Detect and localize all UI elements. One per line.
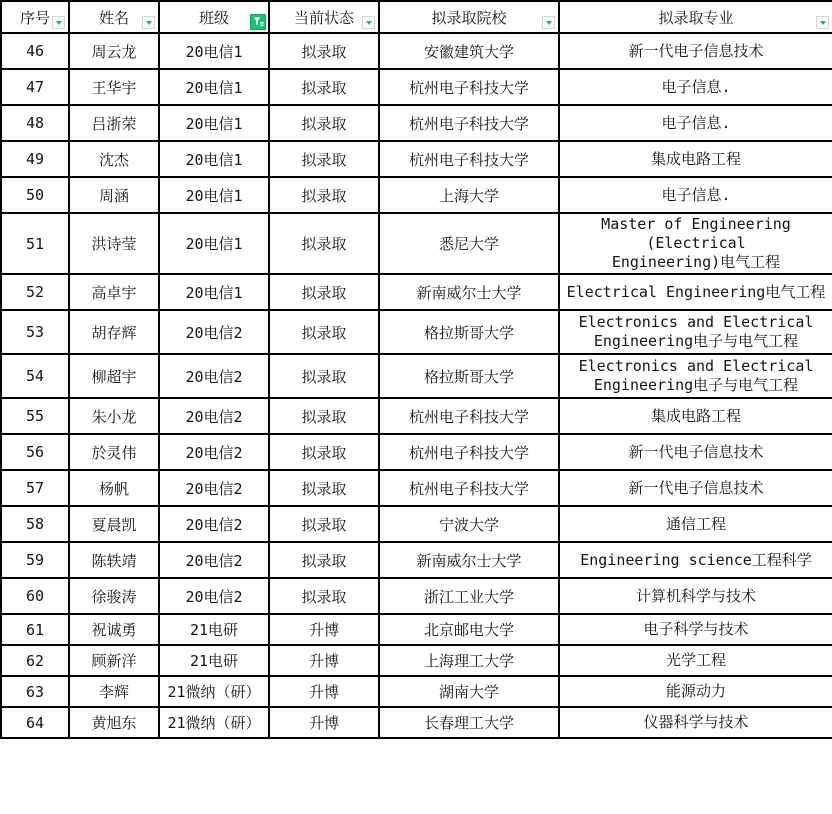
cell-school[interactable]: 新南威尔士大学 <box>379 542 559 578</box>
cell-major[interactable]: Master of Engineering (Electrical Engine… <box>559 213 832 274</box>
table-row: 53胡存辉20电信2拟录取格拉斯哥大学Electronics and Elect… <box>1 310 832 354</box>
filter-dropdown-icon[interactable] <box>142 16 155 29</box>
cell-school[interactable]: 杭州电子科技大学 <box>379 470 559 506</box>
cell-class[interactable]: 20电信2 <box>159 578 269 614</box>
cell-no[interactable]: 63 <box>1 676 69 707</box>
arrow-down-icon <box>820 21 826 25</box>
table-row: 49沈杰20电信1拟录取杭州电子科技大学集成电路工程 <box>1 141 832 177</box>
cell-major[interactable]: Electrical Engineering电气工程 <box>559 274 832 310</box>
column-header-no[interactable]: 序号 <box>1 1 69 33</box>
cell-name[interactable]: 夏晨凯 <box>69 506 159 542</box>
cell-status[interactable]: 拟录取 <box>269 398 379 434</box>
cell-class[interactable]: 20电信1 <box>159 141 269 177</box>
cell-status[interactable]: 拟录取 <box>269 33 379 69</box>
cell-no[interactable]: 47 <box>1 69 69 105</box>
cell-status[interactable]: 拟录取 <box>269 578 379 614</box>
arrow-down-icon <box>146 21 152 25</box>
cell-school[interactable]: 格拉斯哥大学 <box>379 354 559 398</box>
cell-class[interactable]: 20电信2 <box>159 434 269 470</box>
funnel-equals-icon <box>251 15 265 29</box>
cell-major[interactable]: 新一代电子信息技术 <box>559 33 832 69</box>
cell-status[interactable]: 拟录取 <box>269 69 379 105</box>
cell-school[interactable]: 湖南大学 <box>379 676 559 707</box>
cell-class[interactable]: 20电信2 <box>159 354 269 398</box>
column-header-name[interactable]: 姓名 <box>69 1 159 33</box>
column-label: 班级 <box>199 7 229 28</box>
table-row: 58夏晨凯20电信2拟录取宁波大学通信工程 <box>1 506 832 542</box>
cell-school[interactable]: 杭州电子科技大学 <box>379 105 559 141</box>
cell-name[interactable]: 李辉 <box>69 676 159 707</box>
table-row: 64黄旭东21微纳（研）升博长春理工大学仪器科学与技术 <box>1 707 832 738</box>
cell-name[interactable]: 祝诚勇 <box>69 614 159 645</box>
cell-status[interactable]: 拟录取 <box>269 354 379 398</box>
arrow-down-icon <box>366 21 372 25</box>
cell-major[interactable]: Electronics and Electrical Engineering电子… <box>559 310 832 354</box>
cell-school[interactable]: 杭州电子科技大学 <box>379 398 559 434</box>
table-row: 63李辉21微纳（研）升博湖南大学能源动力 <box>1 676 832 707</box>
cell-name[interactable]: 沈杰 <box>69 141 159 177</box>
cell-school[interactable]: 杭州电子科技大学 <box>379 69 559 105</box>
table-row: 56於灵伟20电信2拟录取杭州电子科技大学新一代电子信息技术 <box>1 434 832 470</box>
cell-name[interactable]: 王华宇 <box>69 69 159 105</box>
cell-name[interactable]: 杨帆 <box>69 470 159 506</box>
filter-dropdown-icon[interactable] <box>362 16 375 29</box>
cell-status[interactable]: 拟录取 <box>269 434 379 470</box>
cell-no[interactable]: 51 <box>1 213 69 274</box>
column-header-major[interactable]: 拟录取专业 <box>559 1 832 33</box>
cell-name[interactable]: 洪诗莹 <box>69 213 159 274</box>
cell-major[interactable]: 集成电路工程 <box>559 141 832 177</box>
cell-school[interactable]: 宁波大学 <box>379 506 559 542</box>
cell-class[interactable]: 20电信1 <box>159 69 269 105</box>
cell-major[interactable]: 电子信息. <box>559 177 832 213</box>
cell-name[interactable]: 陈轶靖 <box>69 542 159 578</box>
cell-major[interactable]: 仪器科学与技术 <box>559 707 832 738</box>
cell-no[interactable]: 61 <box>1 614 69 645</box>
table-row: 47王华宇20电信1拟录取杭州电子科技大学电子信息. <box>1 69 832 105</box>
cell-no[interactable]: 55 <box>1 398 69 434</box>
admissions-table: 序号姓名班级当前状态拟录取院校拟录取专业 46周云龙20电信1拟录取安徽建筑大学… <box>0 0 832 739</box>
cell-no[interactable]: 56 <box>1 434 69 470</box>
table-row: 50周涵20电信1拟录取上海大学电子信息. <box>1 177 832 213</box>
cell-no[interactable]: 52 <box>1 274 69 310</box>
table-row: 62顾新洋21电研升博上海理工大学光学工程 <box>1 645 832 676</box>
cell-major[interactable]: 计算机科学与技术 <box>559 578 832 614</box>
cell-class[interactable]: 20电信2 <box>159 310 269 354</box>
cell-name[interactable]: 黄旭东 <box>69 707 159 738</box>
cell-class[interactable]: 20电信1 <box>159 274 269 310</box>
cell-no[interactable]: 58 <box>1 506 69 542</box>
cell-status[interactable]: 拟录取 <box>269 105 379 141</box>
cell-no[interactable]: 46 <box>1 33 69 69</box>
cell-no[interactable]: 64 <box>1 707 69 738</box>
cell-major[interactable]: 通信工程 <box>559 506 832 542</box>
cell-no[interactable]: 49 <box>1 141 69 177</box>
cell-major[interactable]: 电子信息. <box>559 105 832 141</box>
cell-class[interactable]: 21微纳（研） <box>159 707 269 738</box>
column-label: 拟录取院校 <box>431 7 506 28</box>
cell-class[interactable]: 20电信2 <box>159 398 269 434</box>
cell-status[interactable]: 拟录取 <box>269 506 379 542</box>
cell-class[interactable]: 21电研 <box>159 645 269 676</box>
cell-status[interactable]: 拟录取 <box>269 470 379 506</box>
cell-major[interactable]: 新一代电子信息技术 <box>559 434 832 470</box>
cell-no[interactable]: 54 <box>1 354 69 398</box>
cell-class[interactable]: 20电信2 <box>159 542 269 578</box>
cell-class[interactable]: 20电信1 <box>159 33 269 69</box>
cell-school[interactable]: 新南威尔士大学 <box>379 274 559 310</box>
cell-name[interactable]: 周云龙 <box>69 33 159 69</box>
cell-status[interactable]: 升博 <box>269 614 379 645</box>
filter-dropdown-icon[interactable] <box>542 16 555 29</box>
table-row: 51洪诗莹20电信1拟录取悉尼大学Master of Engineering (… <box>1 213 832 274</box>
arrow-down-icon <box>546 21 552 25</box>
cell-class[interactable]: 20电信1 <box>159 105 269 141</box>
filter-applied-icon[interactable] <box>250 14 266 30</box>
table-row: 46周云龙20电信1拟录取安徽建筑大学新一代电子信息技术 <box>1 33 832 69</box>
cell-status[interactable]: 拟录取 <box>269 213 379 274</box>
table-row: 60徐骏涛20电信2拟录取浙江工业大学计算机科学与技术 <box>1 578 832 614</box>
cell-major[interactable]: 光学工程 <box>559 645 832 676</box>
cell-status[interactable]: 拟录取 <box>269 274 379 310</box>
header-row: 序号姓名班级当前状态拟录取院校拟录取专业 <box>1 1 832 33</box>
cell-name[interactable]: 吕浙荣 <box>69 105 159 141</box>
cell-name[interactable]: 徐骏涛 <box>69 578 159 614</box>
cell-class[interactable]: 21电研 <box>159 614 269 645</box>
table-row: 48吕浙荣20电信1拟录取杭州电子科技大学电子信息. <box>1 105 832 141</box>
cell-name[interactable]: 柳超宇 <box>69 354 159 398</box>
cell-status[interactable]: 拟录取 <box>269 542 379 578</box>
cell-major[interactable]: 新一代电子信息技术 <box>559 470 832 506</box>
cell-no[interactable]: 62 <box>1 645 69 676</box>
cell-name[interactable]: 高卓宇 <box>69 274 159 310</box>
cell-school[interactable]: 长春理工大学 <box>379 707 559 738</box>
column-header-status[interactable]: 当前状态 <box>269 1 379 33</box>
cell-major[interactable]: 集成电路工程 <box>559 398 832 434</box>
cell-no[interactable]: 57 <box>1 470 69 506</box>
cell-class[interactable]: 20电信1 <box>159 177 269 213</box>
cell-school[interactable]: 上海理工大学 <box>379 645 559 676</box>
table-row: 59陈轶靖20电信2拟录取新南威尔士大学Engineering science工… <box>1 542 832 578</box>
cell-status[interactable]: 升博 <box>269 707 379 738</box>
cell-class[interactable]: 21微纳（研） <box>159 676 269 707</box>
column-label: 拟录取专业 <box>658 7 733 28</box>
column-label: 当前状态 <box>294 7 354 28</box>
cell-name[interactable]: 朱小龙 <box>69 398 159 434</box>
cell-name[interactable]: 周涵 <box>69 177 159 213</box>
cell-no[interactable]: 50 <box>1 177 69 213</box>
cell-no[interactable]: 59 <box>1 542 69 578</box>
cell-no[interactable]: 48 <box>1 105 69 141</box>
cell-class[interactable]: 20电信2 <box>159 506 269 542</box>
cell-no[interactable]: 53 <box>1 310 69 354</box>
cell-school[interactable]: 浙江工业大学 <box>379 578 559 614</box>
cell-status[interactable]: 拟录取 <box>269 177 379 213</box>
table-row: 54柳超宇20电信2拟录取格拉斯哥大学Electronics and Elect… <box>1 354 832 398</box>
table-row: 55朱小龙20电信2拟录取杭州电子科技大学集成电路工程 <box>1 398 832 434</box>
cell-major[interactable]: 电子科学与技术 <box>559 614 832 645</box>
column-header-school[interactable]: 拟录取院校 <box>379 1 559 33</box>
spreadsheet-view: 序号姓名班级当前状态拟录取院校拟录取专业 46周云龙20电信1拟录取安徽建筑大学… <box>0 0 832 814</box>
cell-school[interactable]: 杭州电子科技大学 <box>379 434 559 470</box>
column-header-class[interactable]: 班级 <box>159 1 269 33</box>
table-body: 46周云龙20电信1拟录取安徽建筑大学新一代电子信息技术47王华宇20电信1拟录… <box>1 33 832 738</box>
cell-class[interactable]: 20电信2 <box>159 470 269 506</box>
cell-name[interactable]: 胡存辉 <box>69 310 159 354</box>
table-header: 序号姓名班级当前状态拟录取院校拟录取专业 <box>1 1 832 33</box>
table-row: 57杨帆20电信2拟录取杭州电子科技大学新一代电子信息技术 <box>1 470 832 506</box>
cell-major[interactable]: Engineering science工程科学 <box>559 542 832 578</box>
cell-school[interactable]: 悉尼大学 <box>379 213 559 274</box>
cell-no[interactable]: 60 <box>1 578 69 614</box>
cell-name[interactable]: 於灵伟 <box>69 434 159 470</box>
filter-dropdown-icon[interactable] <box>52 16 65 29</box>
cell-name[interactable]: 顾新洋 <box>69 645 159 676</box>
cell-status[interactable]: 拟录取 <box>269 310 379 354</box>
cell-major[interactable]: Electronics and Electrical Engineering电子… <box>559 354 832 398</box>
table-row: 52高卓宇20电信1拟录取新南威尔士大学Electrical Engineeri… <box>1 274 832 310</box>
cell-status[interactable]: 升博 <box>269 676 379 707</box>
cell-major[interactable]: 能源动力 <box>559 676 832 707</box>
cell-school[interactable]: 杭州电子科技大学 <box>379 141 559 177</box>
table-row: 61祝诚勇21电研升博北京邮电大学电子科学与技术 <box>1 614 832 645</box>
filter-dropdown-icon[interactable] <box>816 16 829 29</box>
cell-school[interactable]: 安徽建筑大学 <box>379 33 559 69</box>
cell-status[interactable]: 升博 <box>269 645 379 676</box>
cell-status[interactable]: 拟录取 <box>269 141 379 177</box>
cell-school[interactable]: 北京邮电大学 <box>379 614 559 645</box>
cell-major[interactable]: 电子信息. <box>559 69 832 105</box>
column-label: 序号 <box>20 7 50 28</box>
column-label: 姓名 <box>99 7 129 28</box>
arrow-down-icon <box>56 21 62 25</box>
cell-school[interactable]: 格拉斯哥大学 <box>379 310 559 354</box>
cell-school[interactable]: 上海大学 <box>379 177 559 213</box>
cell-class[interactable]: 20电信1 <box>159 213 269 274</box>
